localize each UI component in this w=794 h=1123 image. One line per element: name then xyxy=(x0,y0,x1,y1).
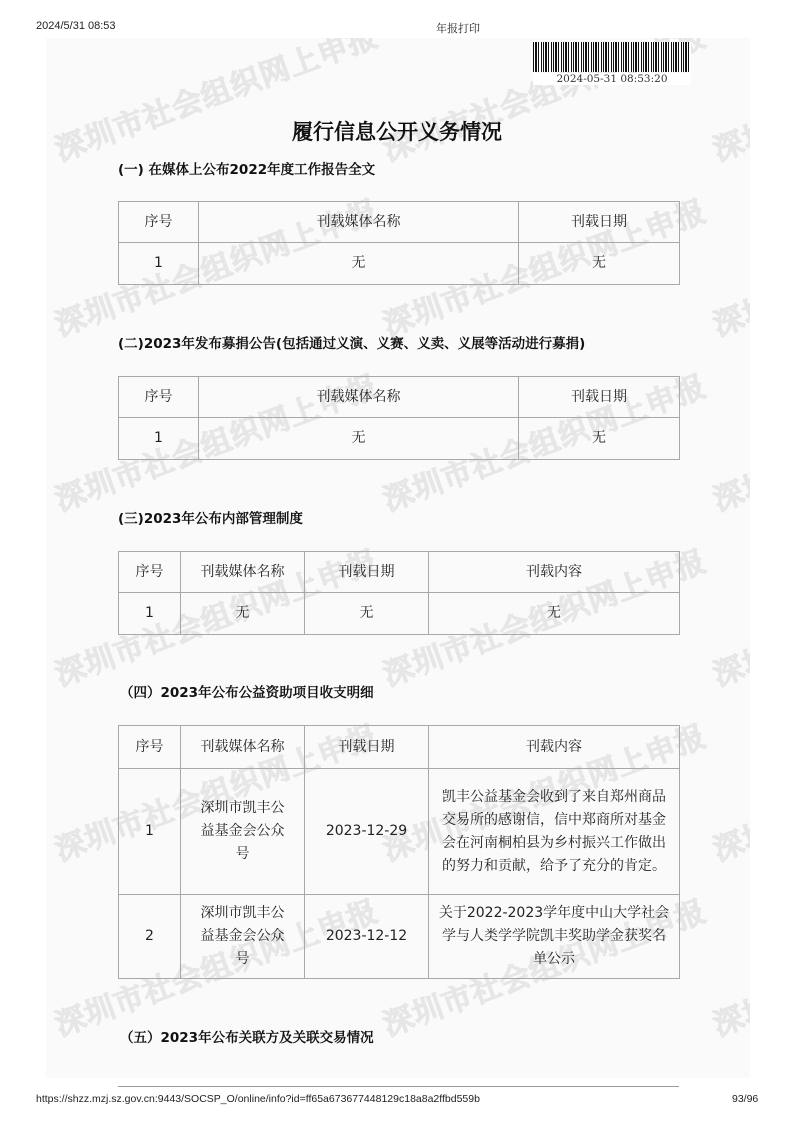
table-cell: 无 xyxy=(429,593,680,635)
table-row: 2 深圳市凯丰公益基金会公众号 2023-12-12 关于2022-2023学年… xyxy=(119,895,680,979)
table-header-row: 序号 刊载媒体名称 刊载日期 xyxy=(119,377,680,418)
barcode-icon xyxy=(533,42,691,72)
table-row: 1 深圳市凯丰公益基金会公众号 2023-12-29 凯丰公益基金会收到了来自郑… xyxy=(119,769,680,895)
column-header: 刊载日期 xyxy=(519,202,680,243)
column-header: 刊载媒体名称 xyxy=(199,377,519,418)
table-cell: 深圳市凯丰公益基金会公众号 xyxy=(181,769,305,895)
column-header: 刊载日期 xyxy=(305,552,429,593)
barcode-timestamp: 2024-05-31 08:53:20 xyxy=(533,73,691,85)
column-header: 刊载媒体名称 xyxy=(181,552,305,593)
table-row: 1 无 无 xyxy=(119,418,680,460)
table-header-row: 序号 刊载媒体名称 刊载日期 刊载内容 xyxy=(119,552,680,593)
column-header: 序号 xyxy=(119,202,199,243)
column-header: 刊载内容 xyxy=(429,726,680,769)
column-header: 刊载媒体名称 xyxy=(199,202,519,243)
print-datetime: 2024/5/31 08:53 xyxy=(36,20,116,32)
column-header: 刊载媒体名称 xyxy=(181,726,305,769)
table-cell: 无 xyxy=(199,418,519,460)
column-header: 序号 xyxy=(119,726,181,769)
table-cell: 1 xyxy=(119,418,199,460)
fundraising-notice-table: 序号 刊载媒体名称 刊载日期 1 无 无 xyxy=(118,376,680,460)
table-cell: 无 xyxy=(519,418,680,460)
table-header-row: 序号 刊载媒体名称 刊载日期 xyxy=(119,202,680,243)
table-row: 1 无 无 无 xyxy=(119,593,680,635)
table-cell: 1 xyxy=(119,593,181,635)
footer-divider xyxy=(118,1086,679,1087)
table-cell: 2023-12-12 xyxy=(305,895,429,979)
internal-rules-table: 序号 刊载媒体名称 刊载日期 刊载内容 1 无 无 无 xyxy=(118,551,680,635)
section-heading-5: （五）2023年公布关联方及关联交易情况 xyxy=(120,1026,374,1046)
table-cell: 2 xyxy=(119,895,181,979)
table-cell: 1 xyxy=(119,243,199,285)
table-cell: 无 xyxy=(199,243,519,285)
table-cell: 2023-12-29 xyxy=(305,769,429,895)
page-number: 93/96 xyxy=(732,1093,758,1105)
section-heading-3: (三)2023年公布内部管理制度 xyxy=(118,507,303,527)
table-cell: 1 xyxy=(119,769,181,895)
page-title: 履行信息公开义务情况 xyxy=(0,116,794,146)
table-cell: 无 xyxy=(181,593,305,635)
grant-projects-table: 序号 刊载媒体名称 刊载日期 刊载内容 1 深圳市凯丰公益基金会公众号 2023… xyxy=(118,725,680,979)
column-header: 刊载内容 xyxy=(429,552,680,593)
table-cell: 无 xyxy=(305,593,429,635)
page-url: https://shzz.mzj.sz.gov.cn:9443/SOCSP_O/… xyxy=(36,1093,480,1105)
table-cell: 关于2022-2023学年度中山大学社会学与人类学学院凯丰奖助学金获奖名单公示 xyxy=(429,895,680,979)
section-heading-4: （四）2023年公布公益资助项目收支明细 xyxy=(120,681,374,701)
print-title: 年报打印 xyxy=(436,20,480,36)
column-header: 序号 xyxy=(119,377,199,418)
media-report-table: 序号 刊载媒体名称 刊载日期 1 无 无 xyxy=(118,201,680,285)
table-cell: 无 xyxy=(519,243,680,285)
column-header: 序号 xyxy=(119,552,181,593)
table-cell: 深圳市凯丰公益基金会公众号 xyxy=(181,895,305,979)
column-header: 刊载日期 xyxy=(519,377,680,418)
table-cell: 凯丰公益基金会收到了来自郑州商品交易所的感谢信，信中郑商所对基金会在河南桐柏县为… xyxy=(429,769,680,895)
table-header-row: 序号 刊载媒体名称 刊载日期 刊载内容 xyxy=(119,726,680,769)
section-heading-1: (一) 在媒体上公布2022年度工作报告全文 xyxy=(118,158,375,178)
section-heading-2: (二)2023年发布募捐公告(包括通过义演、义赛、义卖、义展等活动进行募捐) xyxy=(118,332,585,352)
column-header: 刊载日期 xyxy=(305,726,429,769)
table-row: 1 无 无 xyxy=(119,243,680,285)
